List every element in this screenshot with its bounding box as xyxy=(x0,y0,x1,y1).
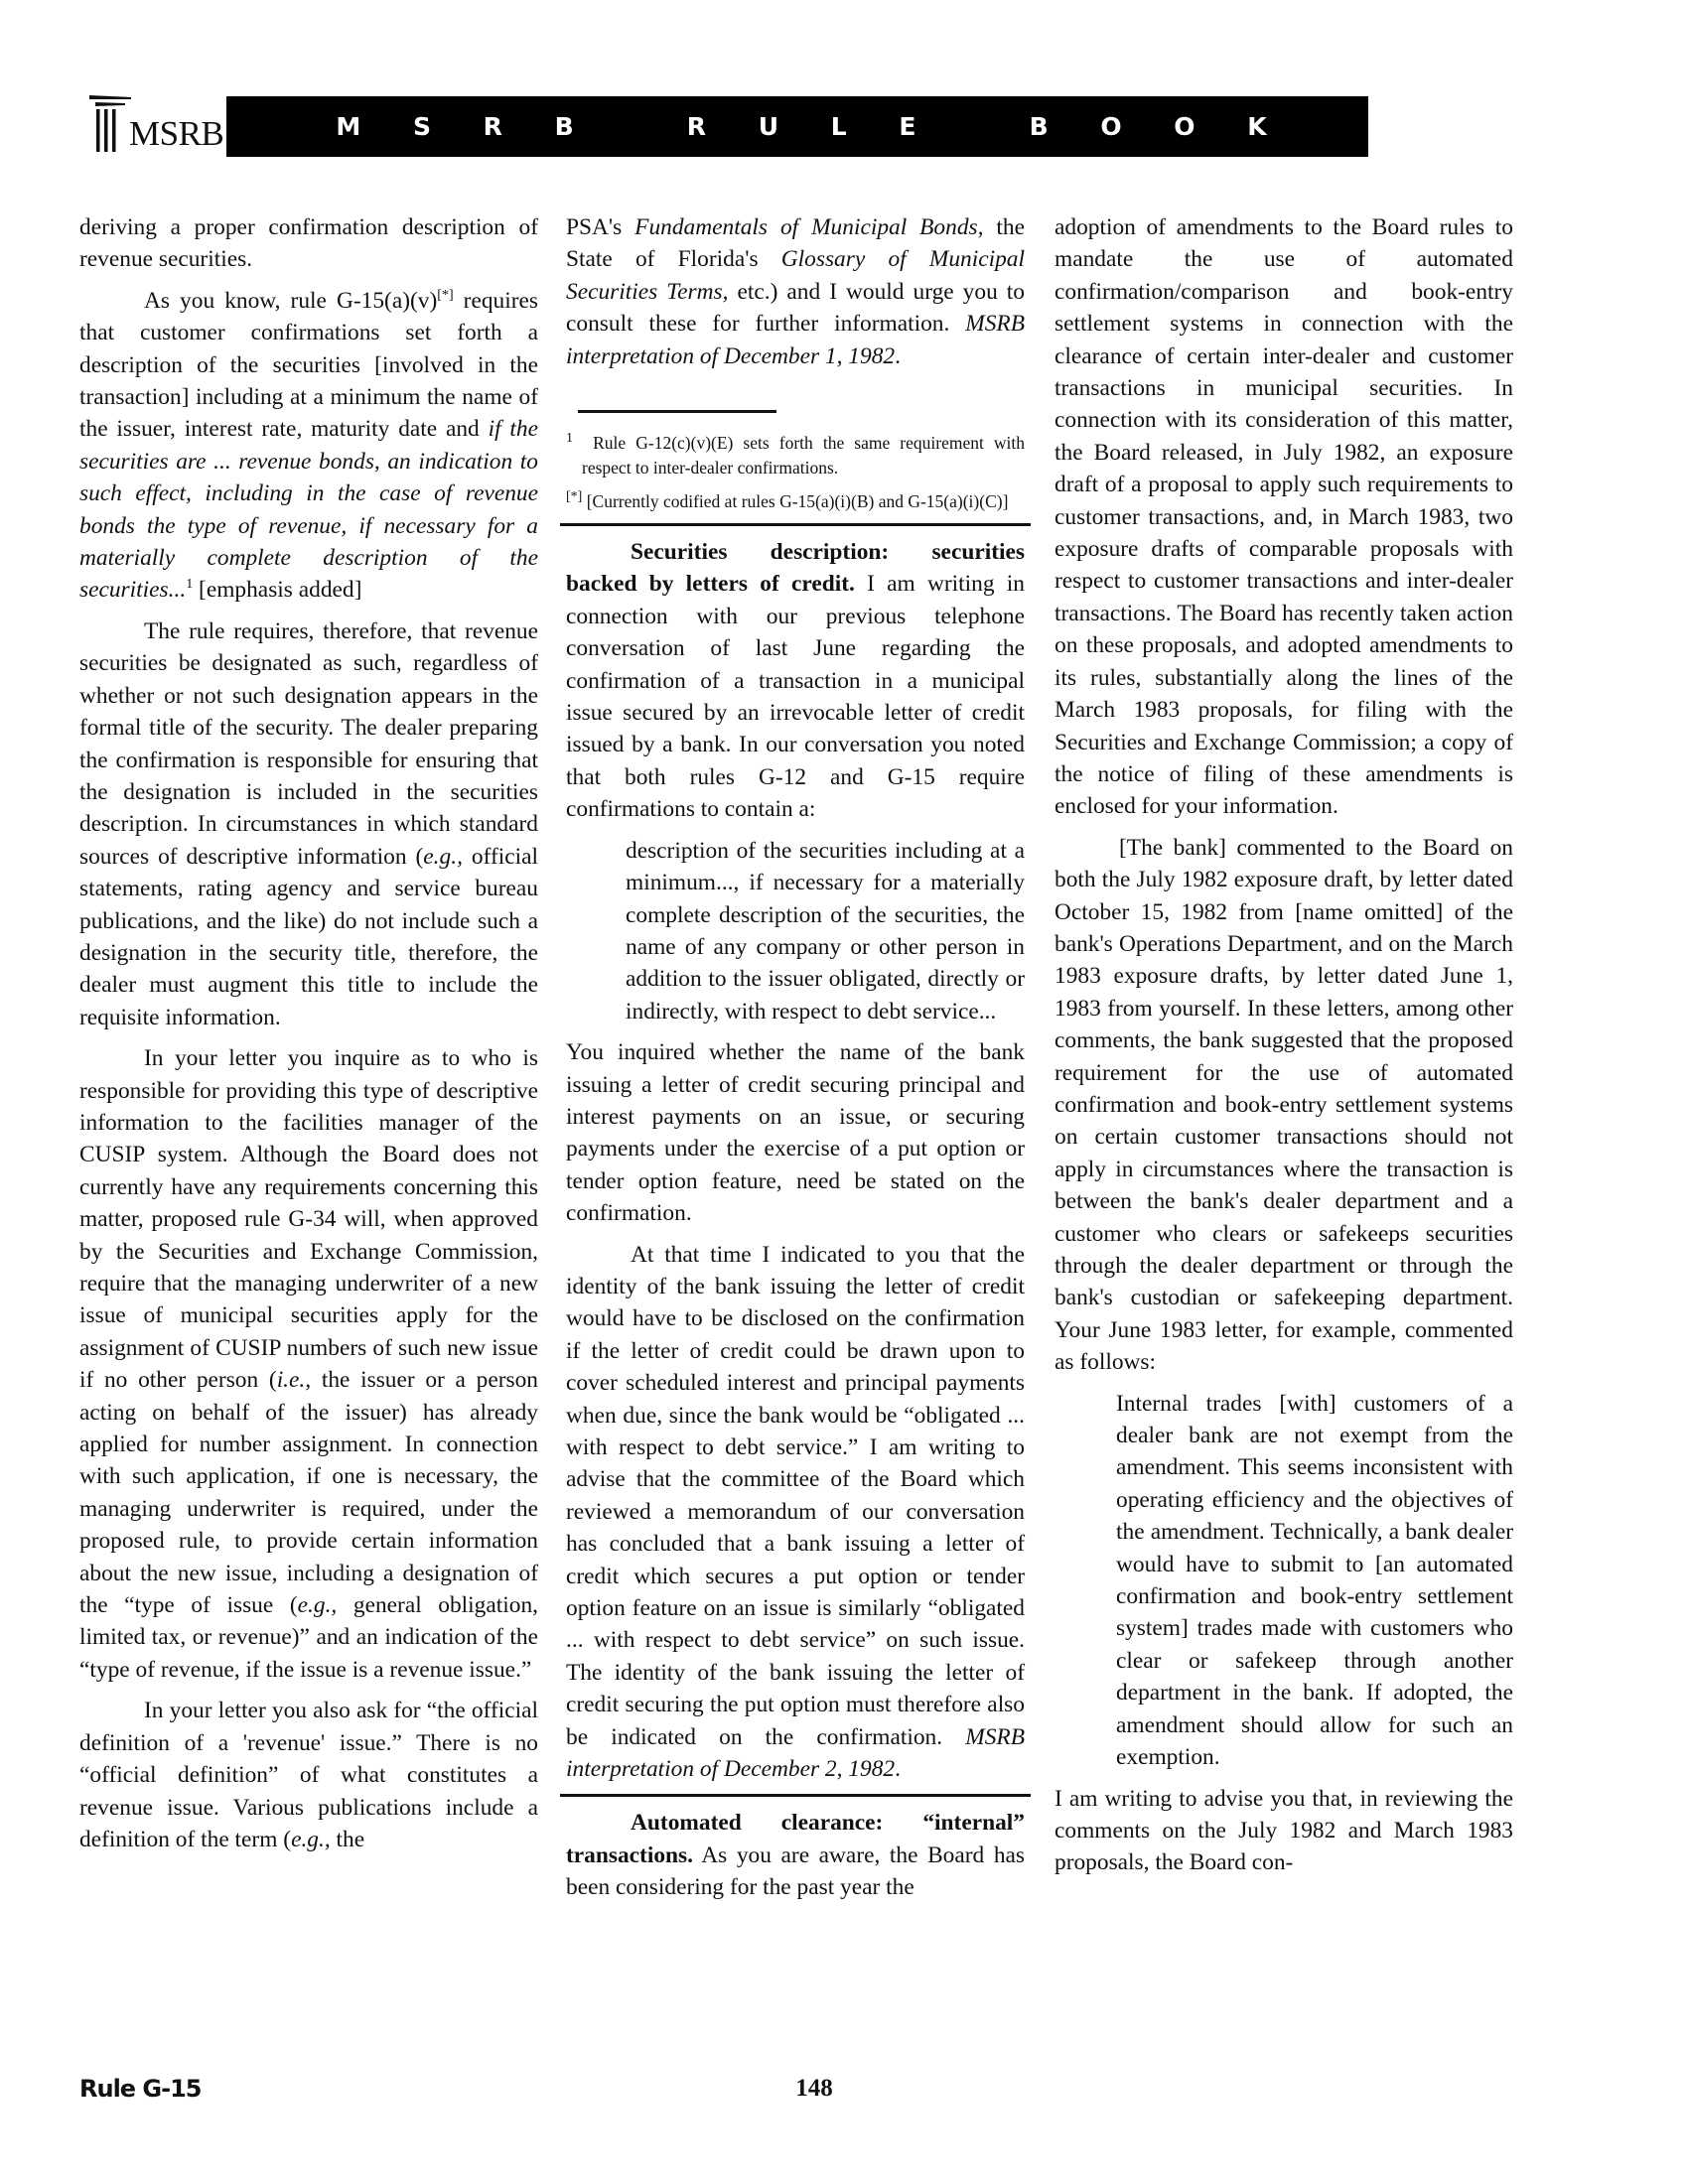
paragraph: PSA's Fundamentals of Municipal Bonds, t… xyxy=(566,211,1025,372)
text: description of the securities including … xyxy=(626,838,1025,1024)
msrb-logo: MSRB xyxy=(87,92,226,158)
paragraph: [The bank] commented to the Board on bot… xyxy=(1055,832,1513,1379)
footnote-ref: [*] xyxy=(437,288,453,303)
column-3: adoption of amendments to the Board rule… xyxy=(1055,211,1513,1888)
text: PSA's xyxy=(566,214,634,240)
section-divider xyxy=(560,1794,1031,1797)
paragraph: deriving a proper confirmation descripti… xyxy=(79,211,538,276)
section-divider xyxy=(560,523,1031,526)
column-1: deriving a proper confirmation descripti… xyxy=(79,211,538,1864)
text: [The bank] commented to the Board on bot… xyxy=(1055,835,1513,1376)
text: adoption of amendments to the Board rule… xyxy=(1055,214,1513,819)
paragraph: I am writing to advise you that, in revi… xyxy=(1055,1783,1513,1879)
block-quote: Internal trades [with] customers of a de… xyxy=(1116,1388,1513,1774)
text: i.e., xyxy=(277,1367,311,1393)
publication-title: Fundamentals of Municipal Bonds, xyxy=(634,214,983,240)
column-pillar-icon xyxy=(87,92,131,154)
footnote-text: Rule G-12(c)(v)(E) sets forth the same r… xyxy=(582,433,1025,478)
paragraph: Securities description: securities backe… xyxy=(566,536,1025,826)
column-2: PSA's Fundamentals of Municipal Bonds, t… xyxy=(566,211,1025,1913)
document-page: MSRB M S R B R U L E B O O K deriving a … xyxy=(0,0,1688,2184)
header-bar: M S R B R U L E B O O K xyxy=(226,96,1368,157)
paragraph: adoption of amendments to the Board rule… xyxy=(1055,211,1513,823)
text: In your letter you inquire as to who is … xyxy=(79,1045,538,1393)
text: . xyxy=(895,343,901,369)
footnote-mark: 1 xyxy=(566,431,573,446)
text: I am writing to advise you that, in revi… xyxy=(1055,1786,1513,1876)
paragraph: In your letter you also ask for “the off… xyxy=(79,1695,538,1855)
text: . xyxy=(895,1756,901,1782)
footnote-mark: [*] xyxy=(566,489,582,504)
footnote-1: 1 Rule G-12(c)(v)(E) sets forth the same… xyxy=(566,431,1025,480)
footnote-divider xyxy=(578,410,776,413)
footnote-text: [Currently codified at rules G-15(a)(i)(… xyxy=(587,491,1009,511)
text: the xyxy=(331,1827,364,1852)
paragraph: The rule requires, therefore, that reven… xyxy=(79,615,538,1033)
paragraph: As you know, rule G-15(a)(v)[*] requires… xyxy=(79,285,538,607)
rulebook-title: M S R B R U L E B O O K xyxy=(226,96,1368,157)
text: I am writing in connection with our prev… xyxy=(566,571,1025,822)
text: You inquired whether the name of the ban… xyxy=(566,1039,1025,1226)
logo-text: MSRB xyxy=(129,114,223,154)
rule-label: Rule G-15 xyxy=(79,2075,201,2103)
block-quote: description of the securities including … xyxy=(626,835,1025,1027)
text: e.g., xyxy=(423,844,463,870)
text: As you know, rule G-15(a)(v) xyxy=(144,288,437,314)
footnote-star: [*] [Currently codified at rules G-15(a)… xyxy=(566,489,1025,514)
paragraph: You inquired whether the name of the ban… xyxy=(566,1036,1025,1229)
paragraph: At that time I indicated to you that the… xyxy=(566,1239,1025,1786)
text: Internal trades [with] customers of a de… xyxy=(1116,1391,1513,1770)
paragraph: In your letter you inquire as to who is … xyxy=(79,1042,538,1686)
paragraph: Automated clearance: “internal” transact… xyxy=(566,1807,1025,1903)
text: The rule requires, therefore, that reven… xyxy=(79,618,538,870)
text: deriving a proper confirmation descripti… xyxy=(79,214,538,272)
emphasized-quote: if the securities are ... revenue bonds,… xyxy=(79,416,538,603)
page-number: 148 xyxy=(774,2075,854,2103)
text: official statements, rating agency and s… xyxy=(79,844,538,1030)
text: [emphasis added] xyxy=(193,577,361,603)
text: e.g., xyxy=(298,1592,338,1618)
text: At that time I indicated to you that the… xyxy=(566,1242,1025,1750)
text: e.g., xyxy=(291,1827,331,1852)
text: the issuer or a person acting on behalf … xyxy=(79,1367,538,1618)
